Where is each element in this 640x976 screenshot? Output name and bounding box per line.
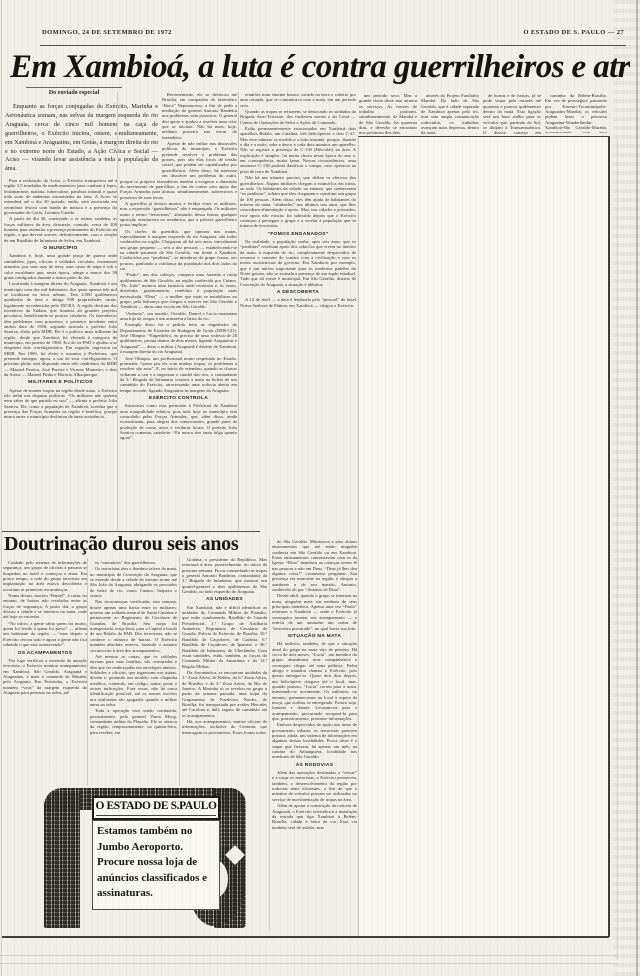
column-paragraph: Embora desprovidos de apoio nas áreas de… xyxy=(272,722,357,759)
ad-body-text: Estamos também no Jumbo Aeroporto. Procu… xyxy=(97,825,207,899)
left-page-edge xyxy=(1,0,2,976)
column-paragraph: “Antonio”, seu marido, Osvaldo, Daniel e… xyxy=(120,311,237,322)
column-paragraph: Quando as tropas se retirarem, se destac… xyxy=(240,109,356,125)
column-paragraph: os “santuários” dos guerrilheiros. xyxy=(90,560,177,565)
bottom-faint-rule-1 xyxy=(0,955,618,956)
column-paragraph: Tão logo verificou a extensão da atuação… xyxy=(3,658,87,695)
column-paragraph: Os terroristas têm o domínio talvez da m… xyxy=(90,566,177,598)
lead-cutout-spacer xyxy=(120,92,162,178)
right-scan-streak xyxy=(636,0,638,976)
column-paragraph: Cuidado pelo sistema de informações de s… xyxy=(3,560,87,592)
column-paragraph: Não há um número preciso, que defina os … xyxy=(240,175,356,228)
house-ad: O ESTADO DE S.PAULO Estamos também no Ju… xyxy=(38,786,252,932)
column-paragraph: Além de apoiar a construção da rodovia d… xyxy=(272,803,357,830)
column-paragraph: Há, nos acampamentos, muitos oficiais de… xyxy=(182,719,267,735)
column-paragraph: Exemplo disso foi o pedido feito ao enge… xyxy=(120,322,237,354)
column-paragraph: Os chefes da guerrilha, que operam nas m… xyxy=(120,229,237,272)
column-subhead: AS RODOVIAS xyxy=(272,763,357,768)
bottom-faint-rule-2 xyxy=(0,963,618,964)
column-rule xyxy=(238,92,239,530)
ad-masthead-text: O ESTADO DE S.PAULO xyxy=(95,800,216,812)
byline: Do enviado especial xyxy=(26,87,122,96)
column-subhead: “FOMOS ENGANADOS” xyxy=(240,232,356,237)
column-paragraph: “Paulo”, um dos cabeças, comprou uma faz… xyxy=(120,272,237,309)
article2-column-d: do São Geraldo. Ministrava a seus alunos… xyxy=(272,539,357,931)
column-subhead: OS ACAMPAMENTOS xyxy=(3,651,87,656)
column-paragraph: Para a realização da Aciso, o Exército t… xyxy=(4,178,117,215)
column-paragraph: Goiânia, o presidente da República. Mas … xyxy=(182,557,267,594)
column-paragraph: Iniciativas como essa permitem à Prefeit… xyxy=(120,403,237,440)
column-paragraph: Em Xambioá, não é difícil identificar as… xyxy=(182,605,267,669)
second-headline: Doutrinação durou seis anos xyxy=(4,533,262,557)
column-paragraph: Xambioá é, hoje, uma grande praça de gue… xyxy=(4,253,117,280)
column-paragraph: Até mesmo as cartas, que os soldados env… xyxy=(90,654,177,707)
article1-column-3: reuniões num enorme buraco cavado na ter… xyxy=(240,92,356,532)
paper-name-page-number: O ESTADO DE S. PAULO — 27 xyxy=(380,29,624,36)
blank-photo-box xyxy=(358,136,610,937)
article1-strip-column-3: de hortas e de baixas, já se pode viajar… xyxy=(483,93,541,135)
column-subhead: AS UNIDADES xyxy=(182,597,267,602)
column-paragraph: um período seco. Mas a grande cheia dest… xyxy=(359,93,417,135)
column-paragraph: Há indícios, também, de que a situação a… xyxy=(272,641,357,721)
article2-column-a: Cuidado pelo sistema de informações de s… xyxy=(3,560,87,786)
column-paragraph: caminho da Belém-Brasília. Em vez de pro… xyxy=(545,93,607,133)
column-paragraph: Nas escaramuças verificadas esta semana,… xyxy=(90,599,177,652)
column-rule xyxy=(117,92,118,530)
column-paragraph: Desde abril, quando o grupo se internou … xyxy=(272,593,357,630)
column-paragraph: José Olímpio, um profissional muito resp… xyxy=(120,356,237,393)
ad-masthead-rule xyxy=(96,815,216,816)
article1-column-1: Para a realização da Aciso, o Exército t… xyxy=(4,178,117,530)
column-paragraph: através do Projeto Fundiário Marabá. Do … xyxy=(421,93,479,135)
column-rule xyxy=(269,539,270,931)
newspaper-page: DOMINGO, 24 DE SETEMBRO DE 1972 O ESTADO… xyxy=(0,0,640,976)
column-subhead: A DESCOBERTA xyxy=(240,290,356,295)
article1-column-2: Recentemente, ele se deslocou até Brasíl… xyxy=(120,92,237,532)
bottom-border-rule xyxy=(2,936,609,938)
column-paragraph: Numa dessas, morreu “Daniel”, à custa, n… xyxy=(3,593,87,620)
column-paragraph: Localizada à margem direita do Araguaia,… xyxy=(4,281,117,377)
header-rule xyxy=(40,45,626,46)
column-paragraph: A partir do dia 30, começarão a se retir… xyxy=(4,216,117,243)
column-rule xyxy=(87,558,88,786)
column-paragraph: Toda a operação está sendo conduzida, pe… xyxy=(90,708,177,735)
ad-text-box: Estamos também no Jumbo Aeroporto. Procu… xyxy=(92,820,220,910)
article1-strip-column-2: através do Projeto Fundiário Marabá. Do … xyxy=(421,93,479,135)
article1-strip-column-1: um período seco. Mas a grande cheia dest… xyxy=(359,93,417,135)
column-subhead: EXÉRCITO CONTROLA xyxy=(120,396,237,401)
column-paragraph: Da Aeronáutica, se encontram unidades da… xyxy=(182,670,267,718)
column-paragraph: de hortas e de baixas, já se pode viajar… xyxy=(483,93,541,135)
article1-strip-column-4: caminho da Belém-Brasília. Em vez de pro… xyxy=(545,93,607,133)
article2-column-b: os “santuários” dos guerrilheiros.Os ter… xyxy=(90,560,177,786)
column-paragraph: “No início, a gente sabia quem foi morto… xyxy=(3,621,87,648)
column-paragraph: do São Geraldo. Ministrava a seus alunos… xyxy=(272,539,357,592)
ad-mini-masthead: O ESTADO DE S.PAULO xyxy=(92,796,220,820)
main-headline: Em Xambioá, a luta é contra guerrilheiro… xyxy=(10,49,630,89)
column-paragraph: Apesar de manter tropas na região desde … xyxy=(4,388,117,420)
column-subhead: O MUNICÍPIO xyxy=(4,246,117,251)
column-paragraph: A 12 de abril — a data é lembrada pelo “… xyxy=(240,297,356,308)
column-rule xyxy=(179,556,180,786)
ad-collage-left-pillar xyxy=(44,792,80,928)
column-paragraph: Na realidade, a população soube, após se… xyxy=(240,239,356,287)
column-paragraph: reuniões num enorme buraco cavado na ter… xyxy=(240,92,356,108)
second-article-rule xyxy=(2,531,260,532)
column-subhead: MILITARES E POLÍTICOS xyxy=(4,380,117,385)
column-paragraph: Além das operações destinadas a “cercar”… xyxy=(272,770,357,802)
column-paragraph: A guerrilha já deixou mortos e feridos e… xyxy=(120,201,237,228)
column-paragraph: Estão permanentemente estacionados em Xa… xyxy=(240,126,356,174)
dateline: DOMINGO, 24 DE SETEMBRO DE 1972 xyxy=(42,29,172,36)
column-subhead: SITUAÇÃO NA MATA xyxy=(272,634,357,639)
right-scan-streak-2 xyxy=(617,140,618,960)
article2-column-c: Goiânia, o presidente da República. Mas … xyxy=(182,557,267,786)
